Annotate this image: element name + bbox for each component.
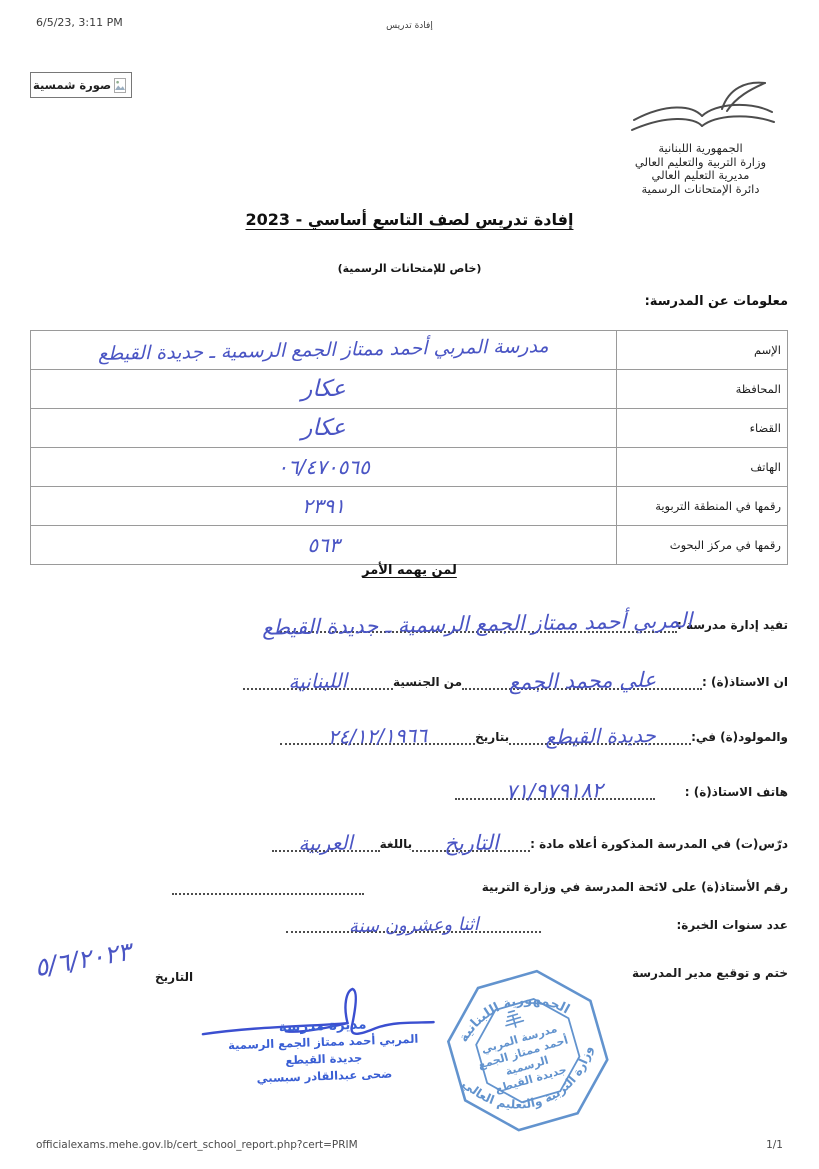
registry-field (172, 879, 364, 895)
teacher-phone-field: ٧١/٩٧٩١٨٢ (455, 784, 655, 800)
birthdate-field: ٢٤/١٢/١٩٦٦ (280, 729, 475, 745)
handwritten-birthdate: ٢٤/١٢/١٩٦٦ (328, 723, 428, 749)
nationality-field: اللبنانية (243, 674, 393, 690)
experience-field: اثنا وعشرون سنة (286, 917, 541, 933)
ministry-block: الجمهورية اللبنانية وزارة التربية والتعل… (598, 78, 803, 196)
line-teacher-name: ان الاستاذ(ة) : علي محمد الجمع من الجنسي… (31, 653, 788, 690)
line-school-admin: تفيد إدارة مدرسة : المربي أحمد ممتاز الج… (31, 596, 788, 633)
handwritten-birthplace: جديدة القيطع (545, 723, 656, 749)
teacher-name-field: علي محمد الجمع (462, 674, 702, 690)
date-label: التاريخ (155, 970, 193, 984)
row-label: القضاء (617, 409, 788, 448)
handwritten-date: ٥/٦/٢٠٢٣ (32, 937, 133, 982)
handwritten-district: عكار (301, 415, 346, 441)
photo-placeholder-label: صورة شمسية (33, 78, 111, 92)
line-teacher-phone: هاتف الاستاذ(ة) : ٧١/٩٧٩١٨٢ (31, 763, 788, 800)
handwritten-teacher-phone: ٧١/٩٧٩١٨٢ (506, 778, 604, 804)
row-label: الهاتف (617, 448, 788, 487)
principal-signature-block: مديرة مدرسة المربي أحمد ممتاز الجمع الرس… (191, 981, 454, 1089)
school-admin-field: المربي أحمد ممتاز الجمع الرسمية ـ جديدة … (277, 617, 677, 633)
table-row: رقمها في مركز البحوث ٥٦٣ (31, 526, 788, 565)
handwritten-experience: اثنا وعشرون سنة (349, 914, 479, 937)
handwritten-language: العربية (298, 831, 353, 856)
attention-heading: لمن يهمه الأمر (0, 563, 819, 578)
nationality-label: من الجنسية (393, 675, 462, 690)
line-registry-number: رقم الأستاذ(ة) على لائحة المدرسة في وزار… (31, 858, 788, 895)
handwritten-school-name: مدرسة المربي أحمد ممتاز الجمع الرسمية ـ … (98, 335, 549, 365)
ministry-line-republic: الجمهورية اللبنانية (598, 142, 803, 156)
school-admin-label: تفيد إدارة مدرسة : (677, 618, 788, 633)
line-subject: درّس(ت) في المدرسة المذكورة أعلاه مادة :… (31, 815, 788, 852)
print-preview-page: 6/5/23, 3:11 PM إفادة تدريس صورة شمسية ا… (0, 0, 819, 1169)
print-footer-url: officialexams.mehe.gov.lb/cert_school_re… (36, 1139, 358, 1151)
table-row: الإسم مدرسة المربي أحمد ممتاز الجمع الرس… (31, 331, 788, 370)
handwritten-governorate: عكار (301, 376, 346, 402)
handwritten-subject: التاريخ (444, 831, 499, 856)
handwritten-nationality: اللبنانية (288, 668, 347, 693)
registry-label: رقم الأستاذ(ة) على لائحة المدرسة في وزار… (482, 880, 788, 895)
row-label: المحافظة (617, 370, 788, 409)
print-footer-page-number: 1/1 (766, 1139, 783, 1151)
ministry-line-exams-dept: دائرة الإمتحانات الرسمية (598, 183, 803, 197)
table-row: الهاتف ٠٦/٤٧٠٥٦٥ (31, 448, 788, 487)
birthplace-label: والمولود(ة) في: (691, 730, 788, 745)
experience-label: عدد سنوات الخبرة: (676, 918, 788, 933)
teacher-label: ان الاستاذ(ة) : (702, 675, 788, 690)
broken-image-icon (114, 78, 126, 93)
line-birth: والمولود(ة) في: جديدة القيطع بتاريخ ٢٤/١… (31, 708, 788, 745)
ministry-logo-icon (622, 78, 780, 140)
document-subtitle: (خاص للإمتحانات الرسمية) (0, 262, 819, 275)
print-doc-name: إفادة تدريس (0, 21, 819, 31)
handwritten-research-number: ٥٦٣ (307, 533, 339, 557)
handwritten-school-admin: المربي أحمد ممتاز الجمع الرسمية ـ جديدة … (262, 608, 693, 640)
birthdate-label: بتاريخ (475, 730, 509, 745)
school-info-table: الإسم مدرسة المربي أحمد ممتاز الجمع الرس… (30, 330, 788, 565)
subject-field: التاريخ (412, 836, 530, 852)
photo-placeholder: صورة شمسية (30, 72, 132, 98)
school-info-heading: معلومات عن المدرسة: (645, 294, 788, 309)
row-label: رقمها في المنطقة التربوية (617, 487, 788, 526)
document-title: إفادة تدريس لصف التاسع أساسي - 2023 (0, 210, 819, 229)
handwritten-school-phone: ٠٦/٤٧٠٥٦٥ (277, 455, 370, 479)
birthplace-field: جديدة القيطع (509, 729, 691, 745)
subject-label: درّس(ت) في المدرسة المذكورة أعلاه مادة : (530, 837, 788, 852)
seal-signature-label: ختم و توقيع مدير المدرسة (632, 966, 788, 980)
table-row: المحافظة عكار (31, 370, 788, 409)
language-label: باللغة (380, 837, 412, 852)
line-experience: عدد سنوات الخبرة: اثنا وعشرون سنة (31, 896, 788, 933)
ministry-line-ministry: وزارة التربية والتعليم العالي (598, 156, 803, 170)
teacher-phone-label: هاتف الاستاذ(ة) : (685, 785, 788, 800)
handwritten-teacher-name: علي محمد الجمع (508, 668, 656, 695)
row-label: الإسم (617, 331, 788, 370)
ministry-line-directorate: مديرية التعليم العالي (598, 169, 803, 183)
row-label: رقمها في مركز البحوث (617, 526, 788, 565)
official-school-stamp: الجمهورية اللبنانية وزارة التربية والتعل… (428, 952, 618, 1167)
handwritten-district-number: ٢٣٩١ (302, 494, 345, 518)
table-row: القضاء عكار (31, 409, 788, 448)
language-field: العربية (272, 836, 380, 852)
table-row: رقمها في المنطقة التربوية ٢٣٩١ (31, 487, 788, 526)
